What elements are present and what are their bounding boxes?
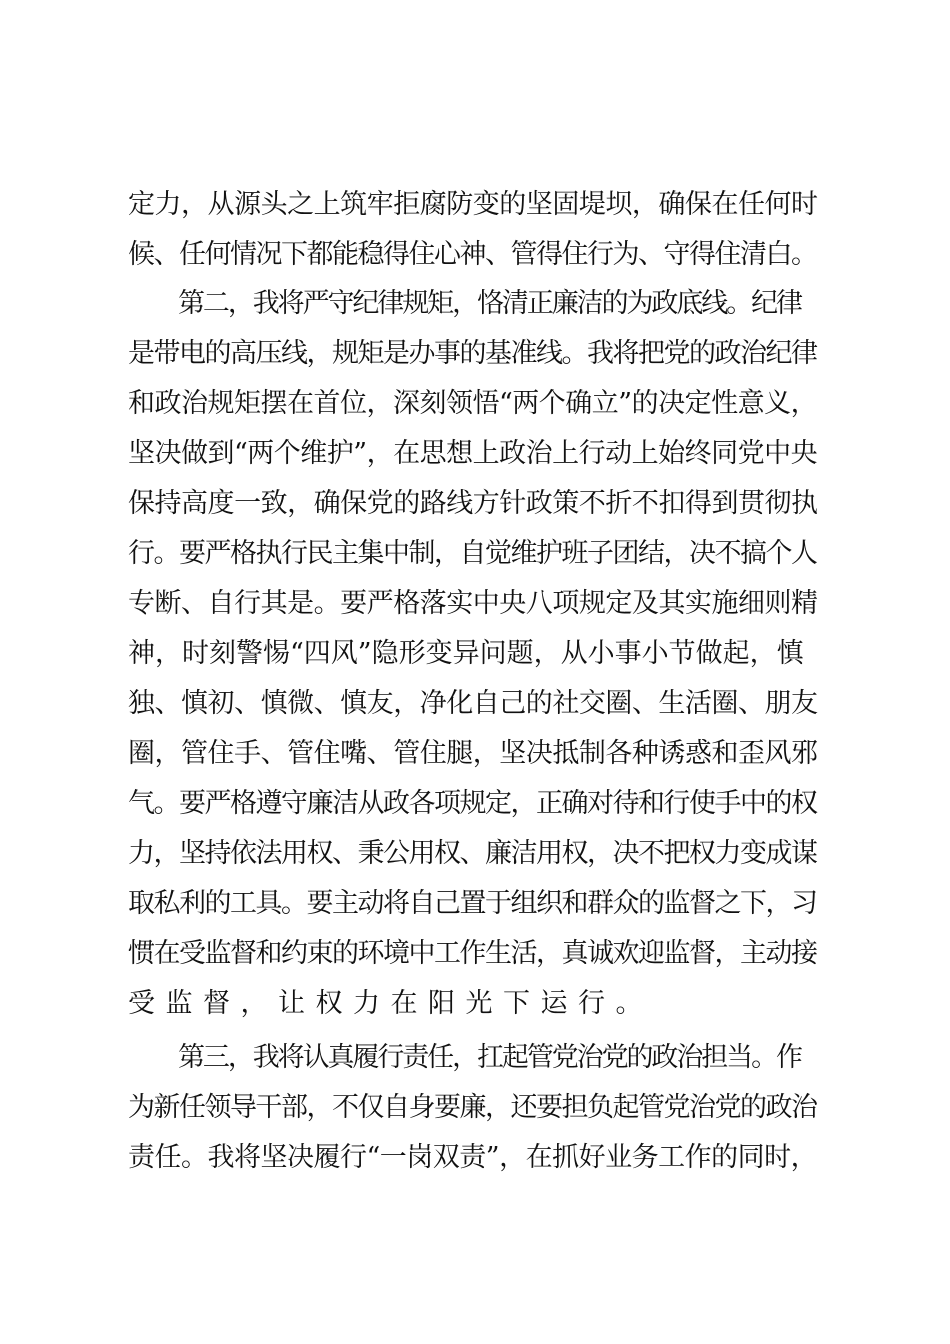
paragraph-line: 保持高度一致，确保党的路线方针政策不折不扣得到贯彻执: [128, 484, 818, 524]
paragraph-first-line: 第二，我将严守纪律规矩，恪清正廉洁的为政底线。纪律: [178, 284, 868, 324]
paragraph-line: 专断、自行其是。要严格落实中央八项规定及其实施细则精: [128, 584, 818, 624]
paragraph-line: 惯在受监督和约束的环境中工作生活，真诚欢迎监督，主动接: [128, 934, 818, 974]
paragraph-line: 坚决做到“两个维护”，在思想上政治上行动上始终同党中央: [128, 434, 818, 474]
paragraph-first-line: 第三，我将认真履行责任，扛起管党治党的政治担当。作: [178, 1038, 868, 1078]
paragraph-line: 独、慎初、慎微、慎友，净化自己的社交圈、生活圈、朋友: [128, 684, 818, 724]
paragraph-line: 行。要严格执行民主集中制，自觉维护班子团结，决不搞个人: [128, 534, 818, 574]
paragraph-line: 力，坚持依法用权、秉公用权、廉洁用权，决不把权力变成谋: [128, 834, 818, 874]
paragraph-line: 取私利的工具。要主动将自己置于组织和群众的监督之下，习: [128, 884, 818, 924]
paragraph-line: 责任。我将坚决履行“一岗双责”，在抓好业务工作的同时，: [128, 1138, 818, 1178]
paragraph-line: 为新任领导干部，不仅自身要廉，还要担负起管党治党的政治: [128, 1088, 818, 1128]
paragraph-line: 和政治规矩摆在首位，深刻领悟“两个确立”的决定性意义，: [128, 384, 818, 424]
paragraph-line: 候、任何情况下都能稳得住心神、管得住行为、守得住清白。: [128, 235, 818, 275]
paragraph-line: 神，时刻警惕“四风”隐形变异问题，从小事小节做起，慎: [128, 634, 818, 674]
paragraph-line: 气。要严格遵守廉洁从政各项规定，正确对待和行使手中的权: [128, 784, 818, 824]
paragraph-line: 受监督，让权力在阳光下运行。: [128, 984, 818, 1024]
paragraph-line: 圈，管住手、管住嘴、管住腿，坚决抵制各种诱惑和歪风邪: [128, 734, 818, 774]
paragraph-line: 定力，从源头之上筑牢拒腐防变的坚固堤坝，确保在任何时: [128, 185, 818, 225]
paragraph-line: 是带电的高压线，规矩是办事的基准线。我将把党的政治纪律: [128, 334, 818, 374]
document-page: 定力，从源头之上筑牢拒腐防变的坚固堤坝，确保在任何时 候、任何情况下都能稳得住心…: [0, 0, 950, 1344]
